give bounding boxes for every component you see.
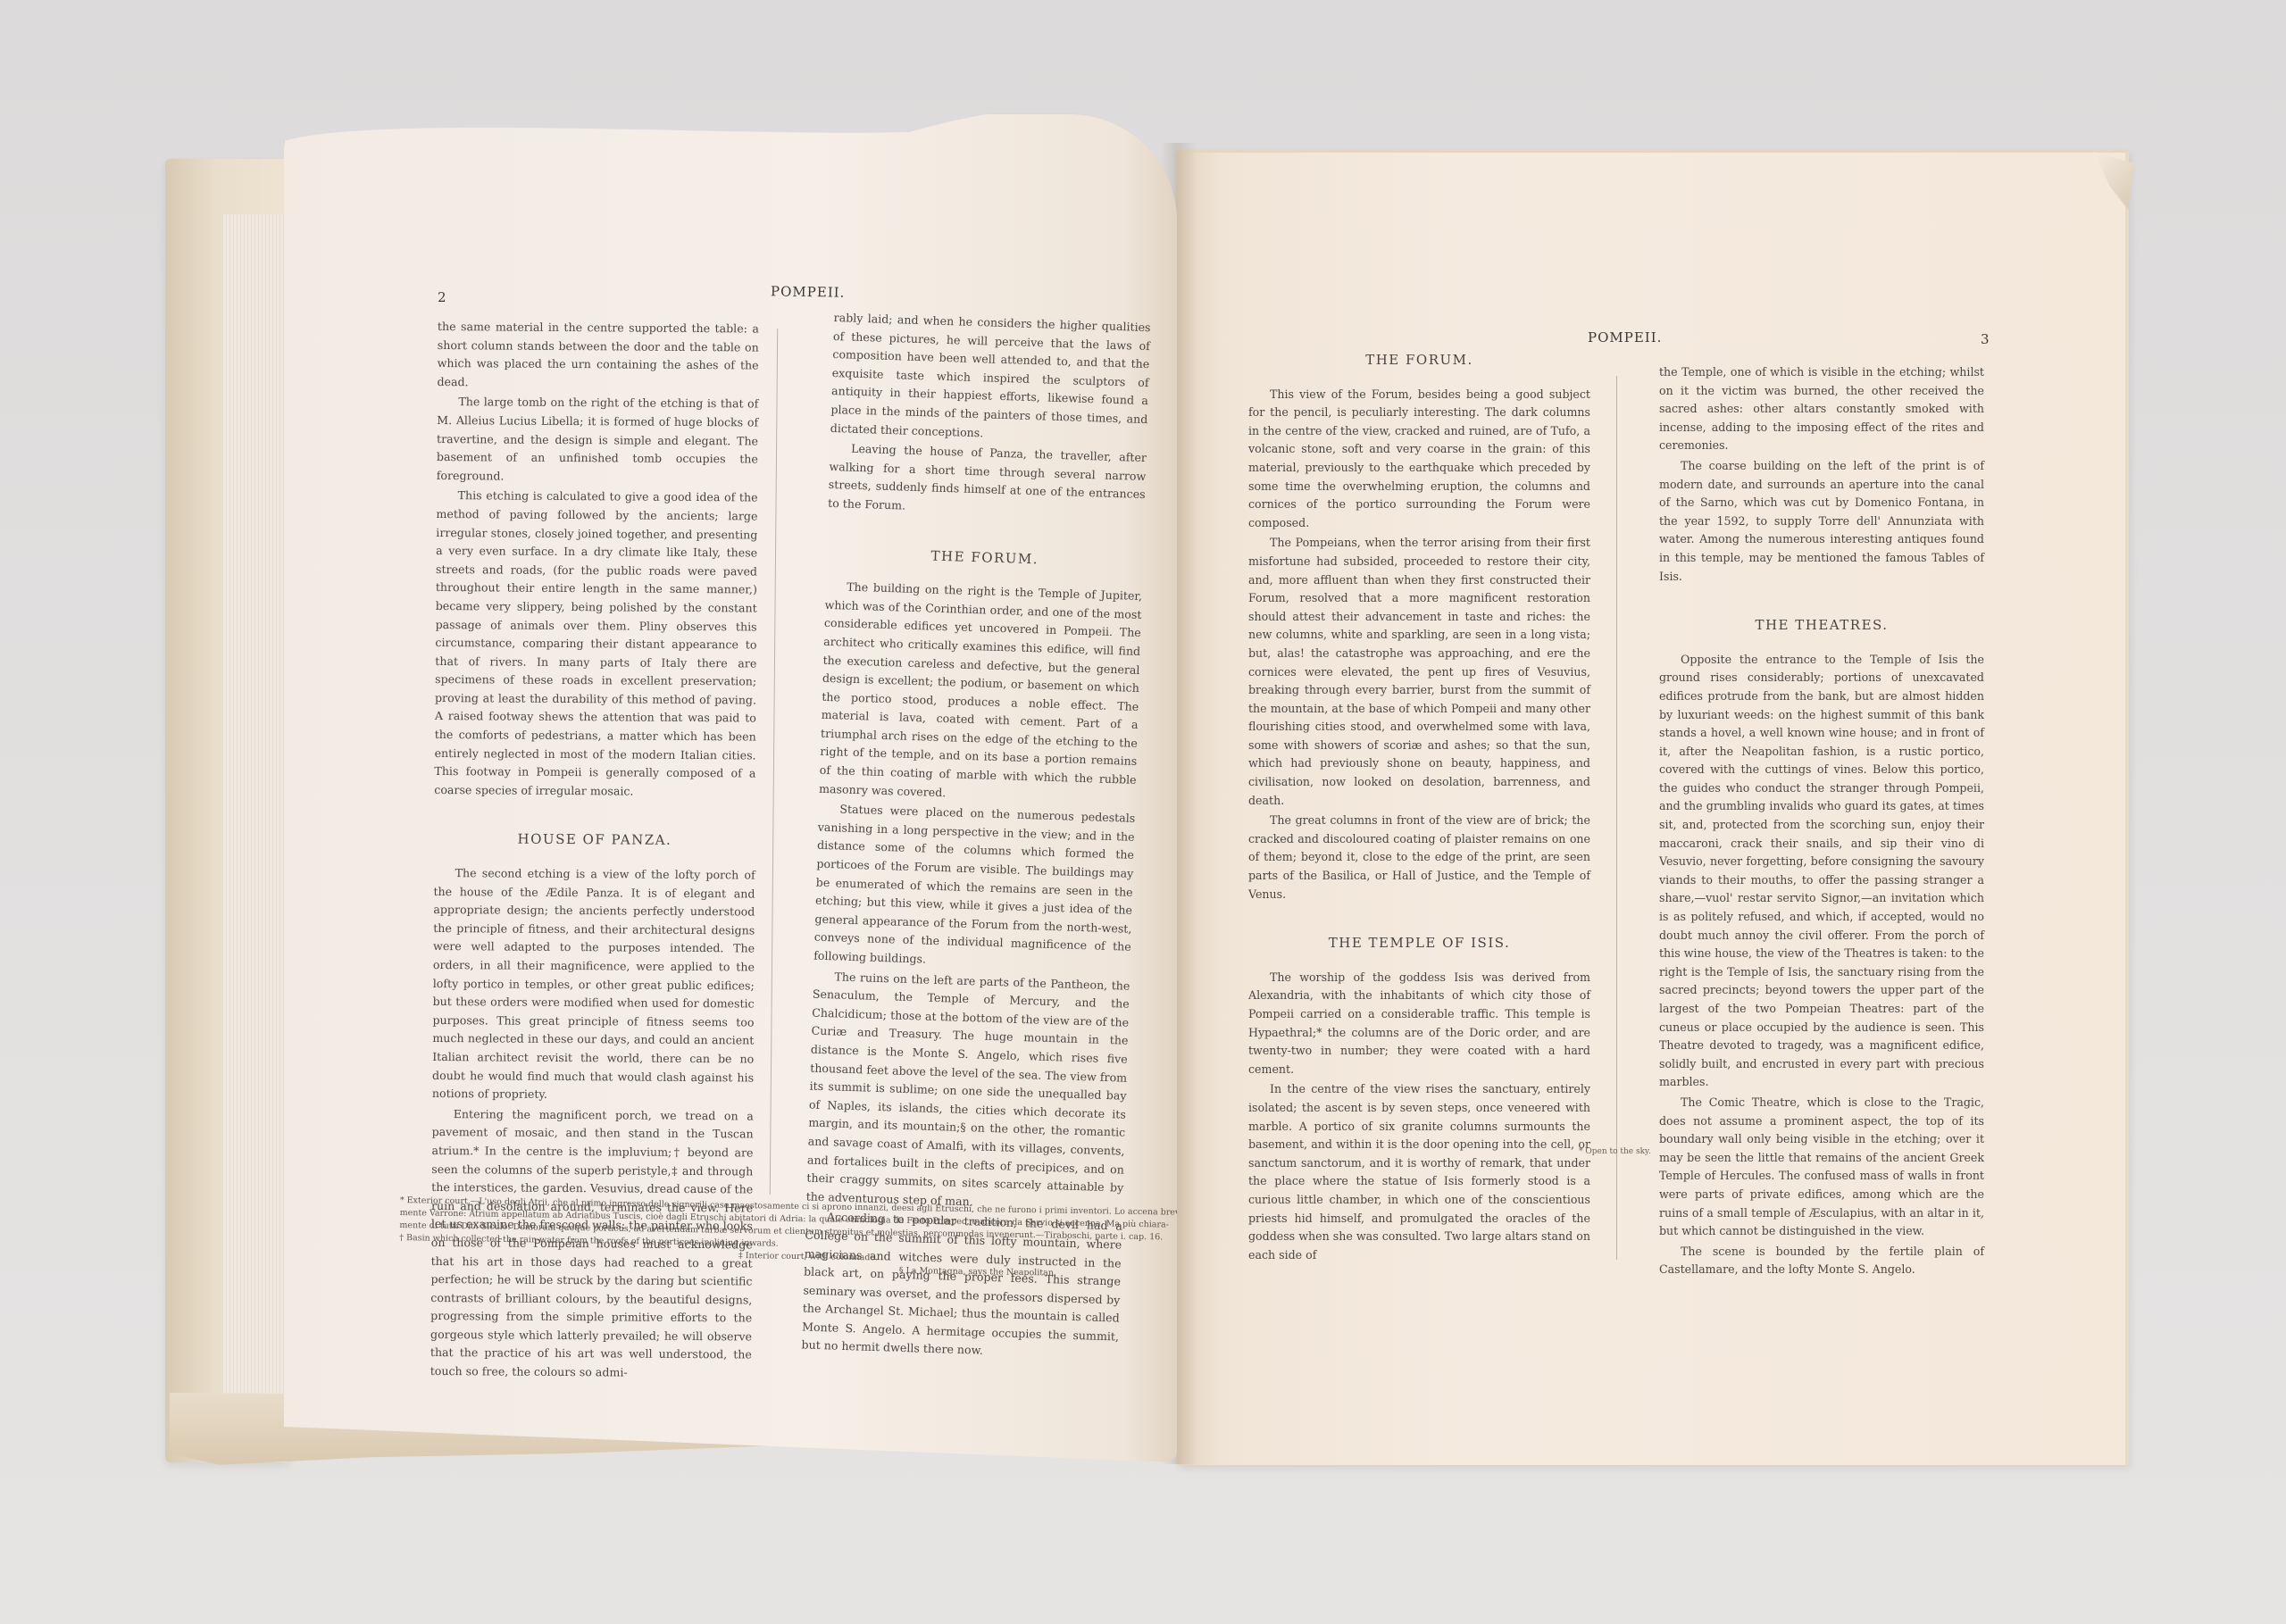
paragraph: The Pompeians, when the terror arising f… bbox=[1248, 534, 1590, 810]
paragraph: The worship of the goddess Isis was deri… bbox=[1248, 969, 1590, 1079]
paragraph: The scene is bounded by the fertile plai… bbox=[1659, 1243, 1984, 1279]
page-number: 2 bbox=[438, 289, 446, 305]
right-column-2: the Temple, one of which is visible in t… bbox=[1659, 363, 1984, 1281]
section-heading: THE THEATRES. bbox=[1659, 616, 1984, 635]
paragraph: The great columns in front of the view a… bbox=[1248, 812, 1590, 904]
section-heading: THE FORUM. bbox=[1248, 351, 1590, 370]
paragraph: The large tomb on the right of the etchi… bbox=[437, 393, 759, 487]
footnotes: * Exterior court.—L'uso degli Atrii, che… bbox=[399, 1195, 1141, 1281]
paragraph: The Comic Theatre, which is close to the… bbox=[1659, 1094, 1984, 1241]
paragraph: the Temple, one of which is visible in t… bbox=[1659, 363, 1984, 455]
left-page: 2 POMPEII. the same material in the cent… bbox=[284, 114, 1177, 1462]
section-heading: THE FORUM. bbox=[826, 543, 1143, 571]
page-number: 3 bbox=[1981, 331, 1990, 347]
paragraph: rably laid; and when he considers the hi… bbox=[830, 309, 1150, 447]
photo-scene: POMPEII. 3 THE FORUM. This view of the F… bbox=[0, 0, 2286, 1624]
running-head: POMPEII. bbox=[771, 283, 846, 300]
footnote: * Open to the sky. bbox=[1579, 1147, 1651, 1156]
paragraph: The coarse building on the left of the p… bbox=[1659, 457, 1984, 586]
paragraph: In the centre of the view rises the sanc… bbox=[1248, 1080, 1590, 1264]
paragraph: Opposite the entrance to the Temple of I… bbox=[1659, 651, 1984, 1092]
paragraph: Statues were placed on the numerous pede… bbox=[813, 800, 1136, 975]
column-rule bbox=[1616, 376, 1617, 1260]
paragraph: The second etching is a view of the loft… bbox=[432, 864, 755, 1105]
right-page: POMPEII. 3 THE FORUM. This view of the F… bbox=[1177, 150, 2129, 1465]
section-heading: THE TEMPLE OF ISIS. bbox=[1248, 934, 1590, 953]
running-head: POMPEII. bbox=[1588, 329, 1662, 346]
paragraph: The building on the right is the Temple … bbox=[819, 578, 1143, 808]
column-rule bbox=[770, 329, 778, 1195]
section-heading: HOUSE OF PANZA. bbox=[434, 829, 755, 850]
paragraph: This etching is calculated to give a goo… bbox=[434, 487, 757, 802]
paragraph: the same material in the centre supporte… bbox=[437, 318, 759, 394]
right-column-1: THE FORUM. This view of the Forum, besid… bbox=[1248, 351, 1590, 1266]
paragraph: This view of the Forum, besides being a … bbox=[1248, 386, 1590, 533]
paragraph: The ruins on the left are parts of the P… bbox=[805, 967, 1130, 1216]
paragraph: Leaving the house of Panza, the travelle… bbox=[828, 439, 1147, 522]
